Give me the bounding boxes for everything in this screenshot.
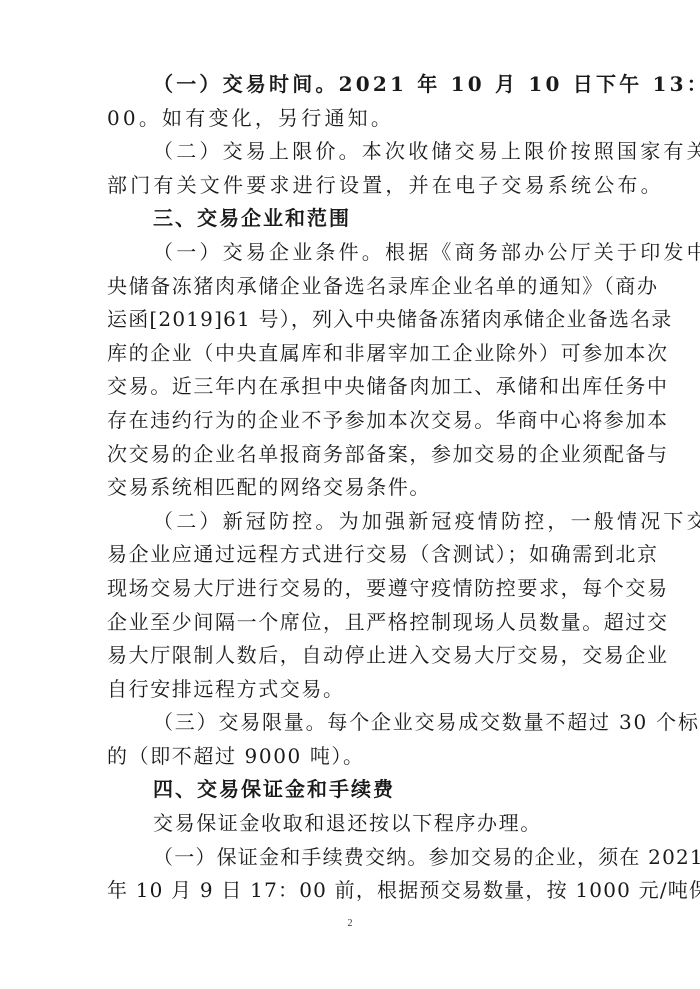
section-heading-3: 三、交易企业和范围 <box>107 202 587 236</box>
paragraph-deposit-payment: （一）保证金和手续费交纳。参加交易的企业，须在 2021 <box>107 841 587 875</box>
text-line: 部门有关文件要求进行设置，并在电子交易系统公布。 <box>107 169 587 203</box>
paragraph-price-cap: （二）交易上限价。本次收储交易上限价按照国家有关 <box>107 135 587 169</box>
paragraph-covid-control: （二）新冠防控。为加强新冠疫情防控，一般情况下交 <box>107 505 587 539</box>
paragraph-trading-time: （一）交易时间。2021 年 10 月 10 日下午 13：00-16： <box>107 68 587 102</box>
text-line: （一）交易时间。2021 年 10 月 10 日下午 13：00-16： <box>153 72 700 96</box>
text-line: 企业至少间隔一个席位，且严格控制现场人员数量。超过交 <box>107 606 587 640</box>
paragraph-trading-limit: （三）交易限量。每个企业交易成交数量不超过 30 个标 <box>107 706 587 740</box>
text-line: 交易系统相匹配的网络交易条件。 <box>107 471 587 505</box>
text-line: 易大厅限制人数后，自动停止进入交易大厅交易，交易企业 <box>107 639 587 673</box>
page-number: 2 <box>0 918 700 929</box>
text-line: 央储备冻猪肉承储企业备选名录库企业名单的通知》（商办 <box>107 270 587 304</box>
text-line: 运函[2019]61 号），列入中央储备冻猪肉承储企业备选名录 <box>107 303 587 337</box>
text-line: 00。如有变化，另行通知。 <box>107 102 587 136</box>
text-line: 年 10 月 9 日 17：00 前，根据预交易数量，按 1000 元/吨保 <box>107 874 587 908</box>
text-line: 现场交易大厅进行交易的，要遵守疫情防控要求，每个交易 <box>107 572 587 606</box>
text-line: 库的企业（中央直属库和非屠宰加工企业除外）可参加本次 <box>107 337 587 371</box>
document-body: （一）交易时间。2021 年 10 月 10 日下午 13：00-16： 00。… <box>107 68 587 908</box>
section-heading-4: 四、交易保证金和手续费 <box>107 773 587 807</box>
text-line: 自行安排远程方式交易。 <box>107 673 587 707</box>
text-line: 次交易的企业名单报商务部备案，参加交易的企业须配备与 <box>107 438 587 472</box>
text-line: 存在违约行为的企业不予参加本次交易。华商中心将参加本 <box>107 404 587 438</box>
text-line: 易企业应通过远程方式进行交易（含测试）；如确需到北京 <box>107 538 587 572</box>
paragraph-enterprise-conditions: （一）交易企业条件。根据《商务部办公厅关于印发中 <box>107 236 587 270</box>
paragraph-deposit-intro: 交易保证金收取和退还按以下程序办理。 <box>107 807 587 841</box>
text-line: 交易。近三年内在承担中央储备肉加工、承储和出库任务中 <box>107 370 587 404</box>
text-line: 的（即不超过 9000 吨）。 <box>107 740 587 774</box>
document-page: （一）交易时间。2021 年 10 月 10 日下午 13：00-16： 00。… <box>0 0 700 989</box>
